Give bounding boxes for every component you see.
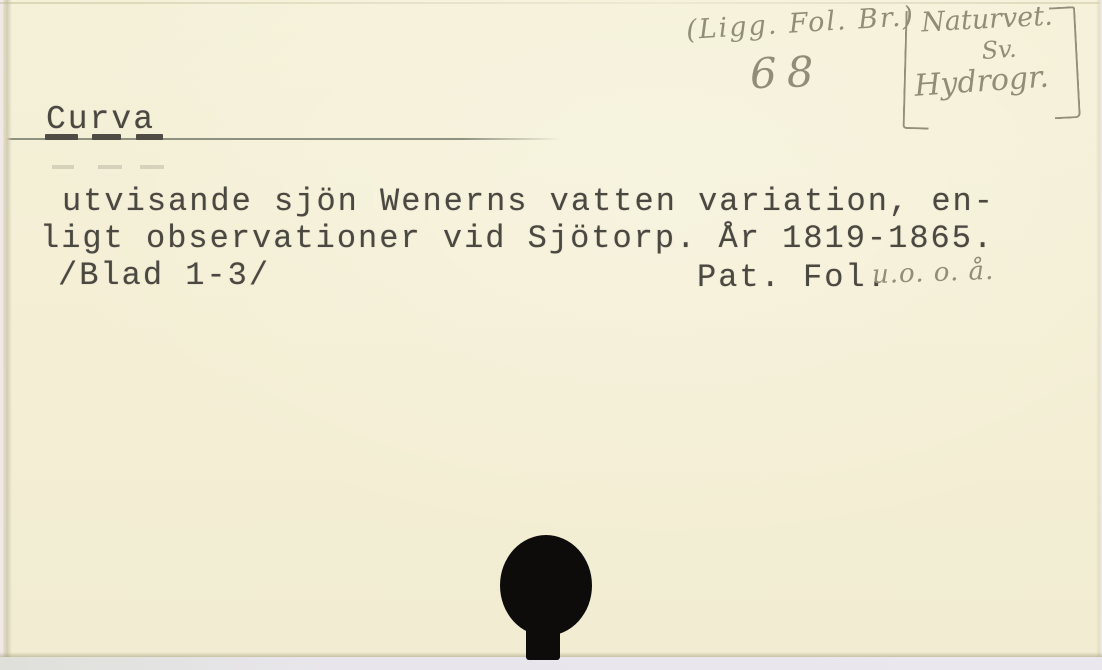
format-note: Pat. Fol. [697,259,888,296]
sheets-note: /Blad 1-3/ [58,257,270,294]
underline-dash [45,134,78,140]
ghost-dash [98,165,122,169]
handwritten-number: 68 [749,47,824,99]
ghost-dash [140,165,164,169]
ghost-dash [52,165,74,169]
handwritten-format-annotation: (Ligg. Fol. Br.) [685,1,916,46]
underline-dash [92,134,121,140]
classification-line-3: Hydrogr. [913,60,1050,104]
handwritten-format-suffix: u.o. o. å. [872,256,995,290]
card-right-edge [1096,0,1102,657]
card-heading: Curva [46,101,155,138]
description-line-1: utvisande sjön Wenerns vatten variation,… [62,183,995,220]
bracket-right-icon [1049,6,1081,119]
classification-line-2: Sv. [981,35,1018,65]
card-left-edge [0,0,12,657]
description-line-2: ligt observationer vid Sjötorp. År 1819-… [40,220,994,257]
underline-dash [136,134,163,140]
card-top-edge [0,2,1102,4]
classification-line-1: Naturvet. [920,1,1053,39]
catalog-card-scan: Curva utvisande sjön Wenerns vatten vari… [0,0,1102,670]
punch-hole-icon [500,535,592,636]
classification-block: Naturvet. Sv. Hydrogr. [899,0,1081,135]
printed-headline-rule [0,138,562,140]
